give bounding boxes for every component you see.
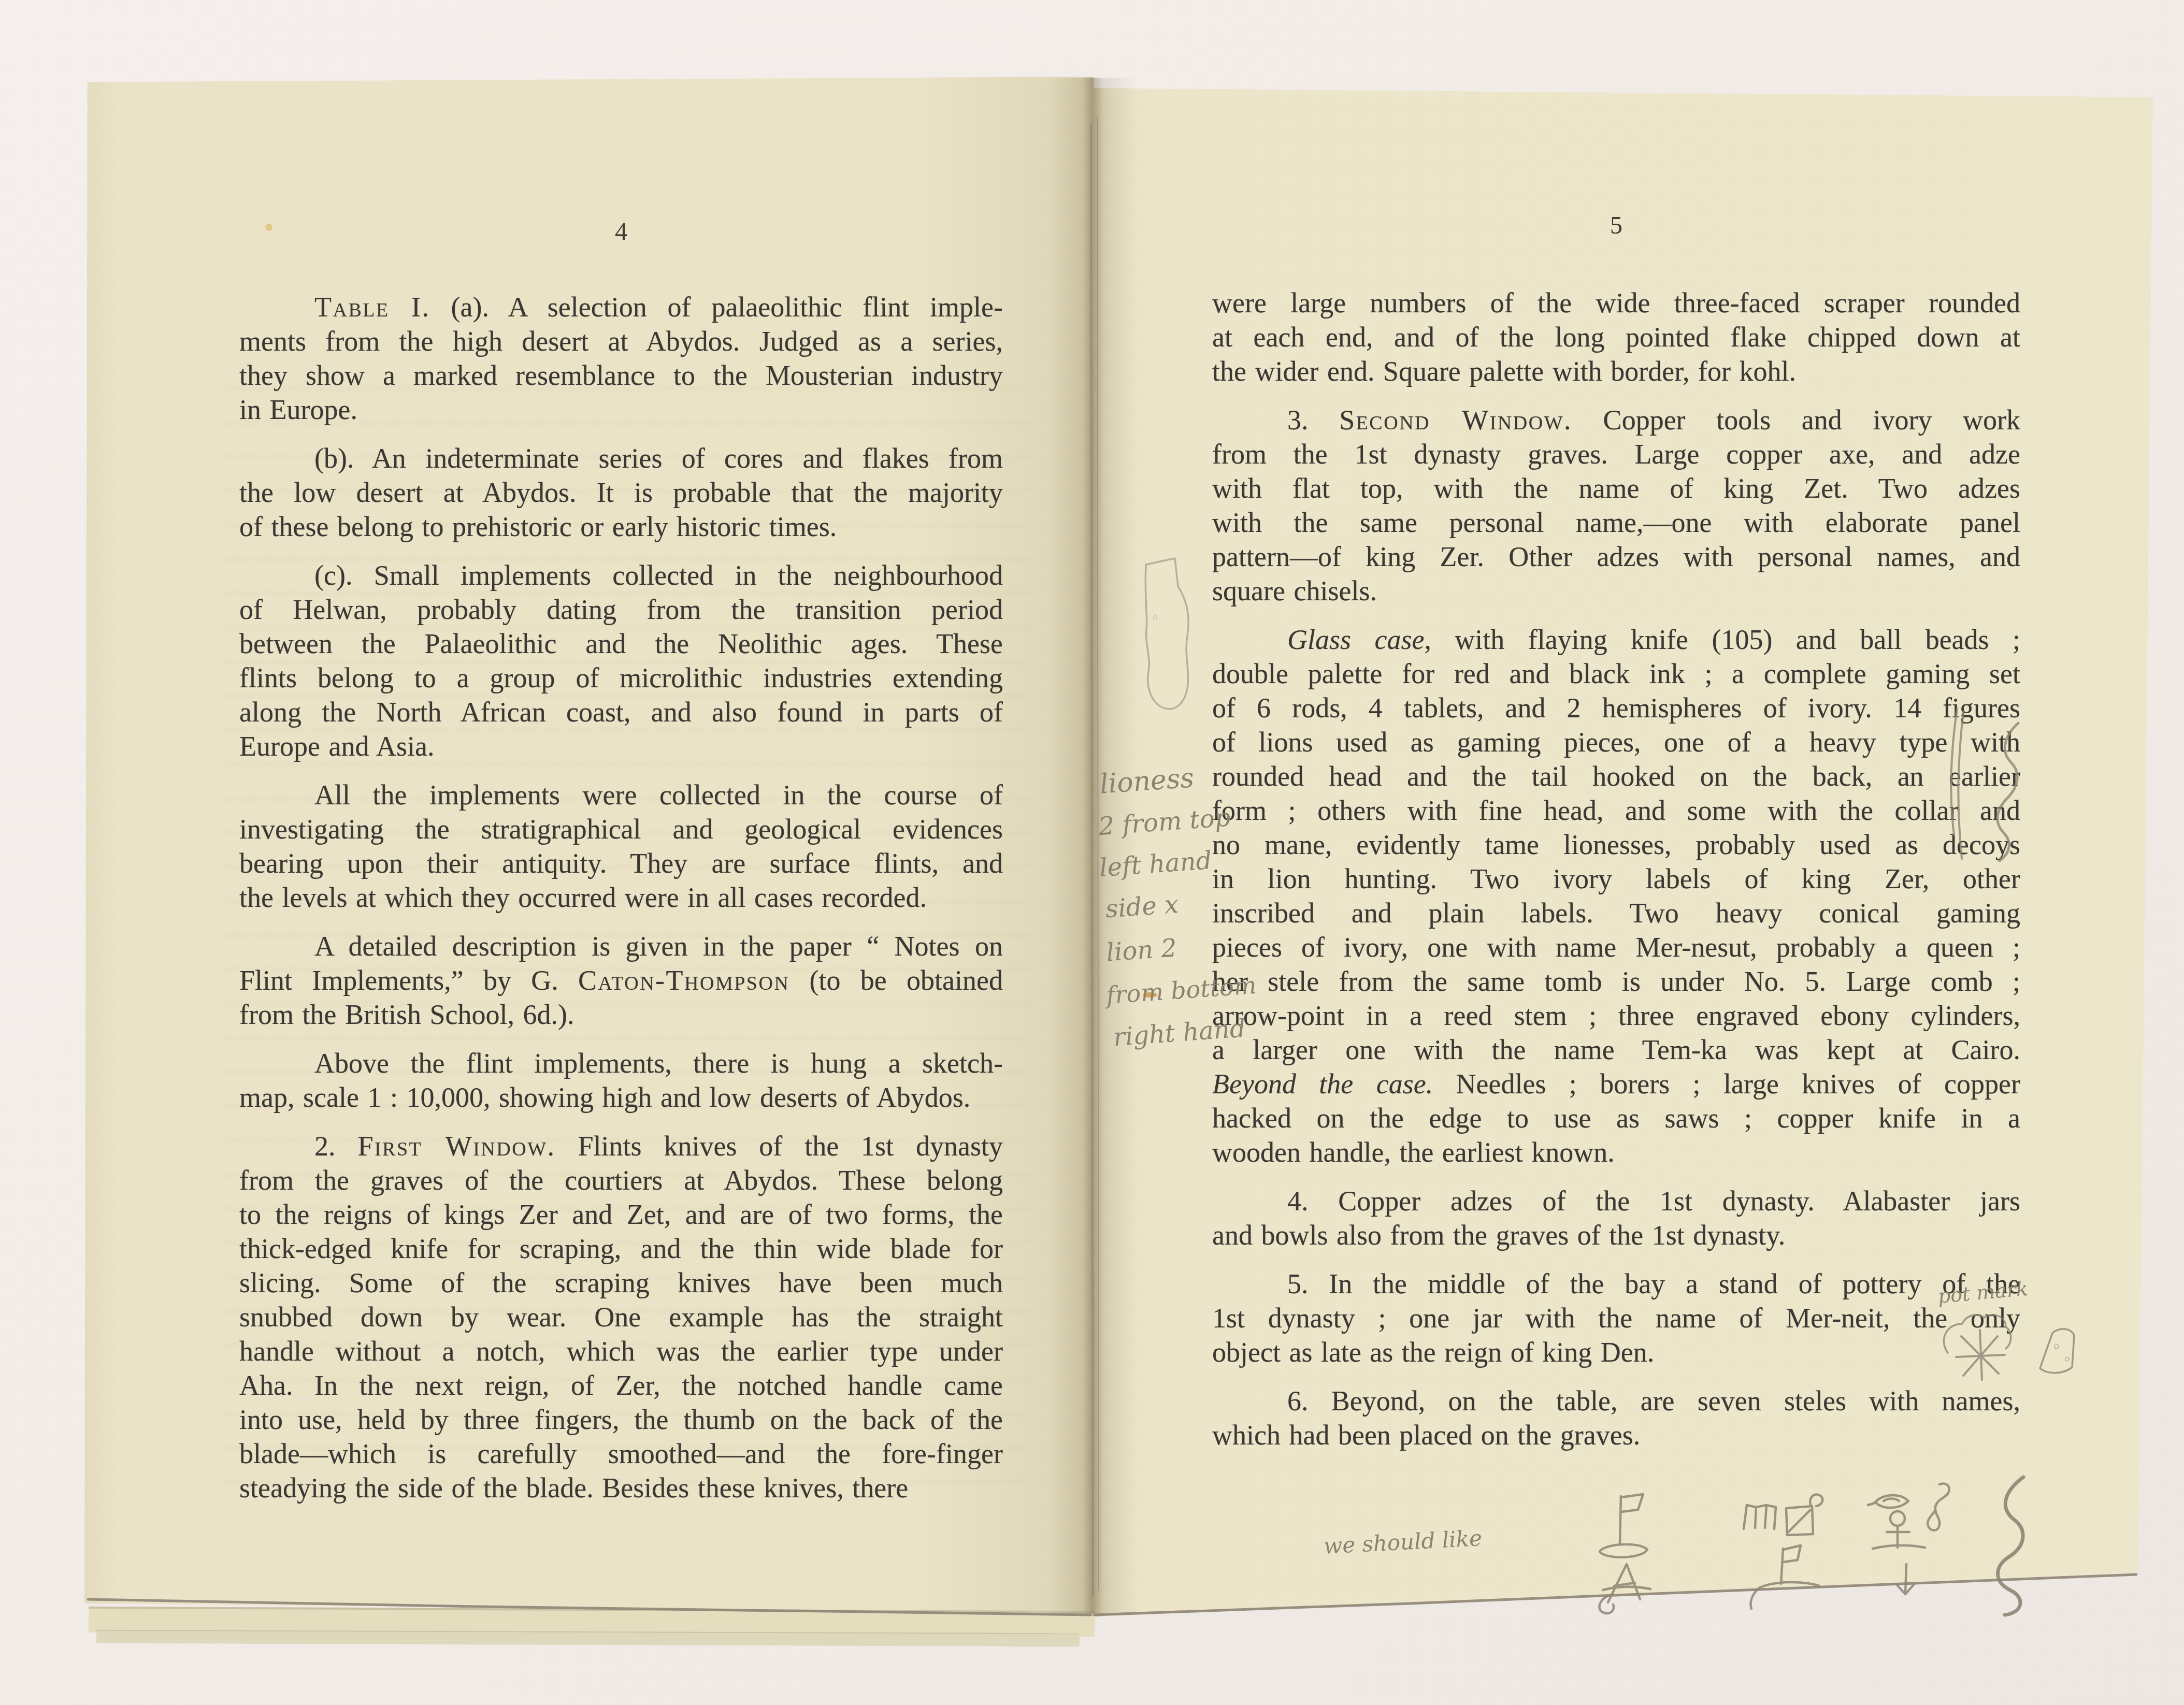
- text-line: steadying the side of the blade. Besides…: [239, 1471, 1003, 1505]
- text-line: Table I. (a). A selection of palaeolithi…: [239, 290, 1003, 324]
- text-line: 3. Second Window. Copper tools and ivory…: [1212, 403, 2020, 437]
- under-page-edge: [96, 1630, 1080, 1647]
- paragraph: 6. Beyond, on the table, are seven stele…: [1212, 1384, 2020, 1452]
- text-line: 5. In the middle of the bay a stand of p…: [1212, 1267, 2020, 1301]
- scanned-spread: 4 5 Table I. (a). A selection of palaeol…: [0, 0, 2184, 1705]
- text-line: flints belong to a group of microlithic …: [239, 661, 1003, 695]
- text-line: arrow-point in a reed stem ; three engra…: [1212, 999, 2020, 1033]
- text-line: no mane, evidently tame lionesses, proba…: [1212, 828, 2020, 862]
- text-line: (b). An indeterminate series of cores an…: [239, 441, 1003, 475]
- text-line: investigating the stratigraphical and ge…: [239, 812, 1003, 846]
- text-line: pieces of ivory, one with name Mer-nesut…: [1212, 930, 2020, 964]
- text-line: slicing. Some of the scraping knives hav…: [239, 1266, 1003, 1300]
- text-line: of 6 rods, 4 tablets, and 2 hemispheres …: [1212, 691, 2020, 725]
- foxing-spot: [1143, 992, 1157, 998]
- page-number-left: 4: [239, 218, 1003, 246]
- text-line: (c). Small implements collected in the n…: [239, 558, 1003, 593]
- text-line: Beyond the case. Needles ; borers ; larg…: [1212, 1067, 2020, 1101]
- paragraph: 2. First Window. Flints knives of the 1s…: [239, 1129, 1003, 1505]
- text-line: handle without a notch, which was the ea…: [239, 1334, 1003, 1368]
- text-line: to the reigns of kings Zer and Zet, and …: [239, 1197, 1003, 1232]
- right-page-text: were large numbers of the wide three-fac…: [1212, 286, 2020, 1467]
- text-line: with flat top, with the name of king Zet…: [1212, 471, 2020, 505]
- text-line: of lions used as gaming pieces, one of a…: [1212, 725, 2020, 759]
- text-line: with the same personal name,—one with el…: [1212, 505, 2020, 540]
- paragraph: were large numbers of the wide three-fac…: [1212, 286, 2020, 388]
- text-line: object as late as the reign of king Den.: [1212, 1335, 2020, 1369]
- paragraph: (c). Small implements collected in the n…: [239, 558, 1003, 763]
- paragraph: 3. Second Window. Copper tools and ivory…: [1212, 403, 2020, 608]
- text-line: from the 1st dynasty graves. Large coppe…: [1212, 437, 2020, 471]
- text-line: of these belong to prehistoric or early …: [239, 510, 1003, 544]
- text-line: 6. Beyond, on the table, are seven stele…: [1212, 1384, 2020, 1418]
- text-line: All the implements were collected in the…: [239, 778, 1003, 812]
- paragraph: 5. In the middle of the bay a stand of p…: [1212, 1267, 2020, 1369]
- text-line: pattern—of king Zer. Other adzes with pe…: [1212, 540, 2020, 574]
- text-line: were large numbers of the wide three-fac…: [1212, 286, 2020, 320]
- text-line: the low desert at Abydos. It is probable…: [239, 475, 1003, 510]
- text-line: ments from the high desert at Abydos. Ju…: [239, 324, 1003, 358]
- text-line: between the Palaeolithic and the Neolith…: [239, 627, 1003, 661]
- text-line: wooden handle, the earliest known.: [1212, 1135, 2020, 1169]
- text-line: 1st dynasty ; one jar with the name of M…: [1212, 1301, 2020, 1335]
- paragraph: 4. Copper adzes of the 1st dynasty. Alab…: [1212, 1184, 2020, 1252]
- text-line: blade—which is carefully smoothed—and th…: [239, 1437, 1003, 1471]
- text-line: a larger one with the name Tem-ka was ke…: [1212, 1033, 2020, 1067]
- text-line: from the British School, 6d.).: [239, 998, 1003, 1032]
- text-line: thick-edged knife for scraping, and the …: [239, 1232, 1003, 1266]
- text-line: snubbed down by wear. One example has th…: [239, 1300, 1003, 1334]
- text-line: in Europe.: [239, 393, 1003, 427]
- page-number-right: 5: [1212, 211, 2020, 240]
- text-line: 2. First Window. Flints knives of the 1s…: [239, 1129, 1003, 1163]
- text-line: into use, held by three fingers, the thu…: [239, 1403, 1003, 1437]
- text-line: her stele from the same tomb is under No…: [1212, 964, 2020, 999]
- text-line: the wider end. Square palette with borde…: [1212, 354, 2020, 388]
- text-line: of Helwan, probably dating from the tran…: [239, 593, 1003, 627]
- text-line: Flint Implements,” by G. Caton-Thompson …: [239, 963, 1003, 998]
- text-line: Europe and Asia.: [239, 729, 1003, 763]
- text-line: the levels at which they occurred were i…: [239, 880, 1003, 915]
- text-line: from the graves of the courtiers at Abyd…: [239, 1163, 1003, 1197]
- paragraph: A detailed description is given in the p…: [239, 929, 1003, 1032]
- paragraph: All the implements were collected in the…: [239, 778, 1003, 915]
- text-line: 4. Copper adzes of the 1st dynasty. Alab…: [1212, 1184, 2020, 1218]
- text-line: Glass case, with flaying knife (105) and…: [1212, 623, 2020, 657]
- left-page-text: Table I. (a). A selection of palaeolithi…: [239, 290, 1003, 1520]
- text-line: and bowls also from the graves of the 1s…: [1212, 1218, 2020, 1252]
- text-line: map, scale 1 : 10,000, showing high and …: [239, 1080, 1003, 1115]
- paragraph: Glass case, with flaying knife (105) and…: [1212, 623, 2020, 1169]
- paragraph: Table I. (a). A selection of palaeolithi…: [239, 290, 1003, 427]
- text-line: hacked on the edge to use as saws ; copp…: [1212, 1101, 2020, 1135]
- text-line: at each end, and of the long pointed fla…: [1212, 320, 2020, 354]
- text-line: rounded head and the tail hooked on the …: [1212, 759, 2020, 793]
- text-line: they show a marked resemblance to the Mo…: [239, 358, 1003, 393]
- foxing-spot: [265, 224, 272, 231]
- paragraph: Above the flint implements, there is hun…: [239, 1046, 1003, 1115]
- text-line: form ; others with fine head, and some w…: [1212, 793, 2020, 828]
- text-line: Aha. In the next reign, of Zer, the notc…: [239, 1368, 1003, 1403]
- paragraph: (b). An indeterminate series of cores an…: [239, 441, 1003, 544]
- text-line: inscribed and plain labels. Two heavy co…: [1212, 896, 2020, 930]
- text-line: Above the flint implements, there is hun…: [239, 1046, 1003, 1080]
- text-line: which had been placed on the graves.: [1212, 1418, 2020, 1452]
- text-line: A detailed description is given in the p…: [239, 929, 1003, 963]
- text-line: square chisels.: [1212, 574, 2020, 608]
- text-line: along the North African coast, and also …: [239, 695, 1003, 729]
- text-line: in lion hunting. Two ivory labels of kin…: [1212, 862, 2020, 896]
- text-line: bearing upon their antiquity. They are s…: [239, 846, 1003, 880]
- text-line: double palette for red and black ink ; a…: [1212, 657, 2020, 691]
